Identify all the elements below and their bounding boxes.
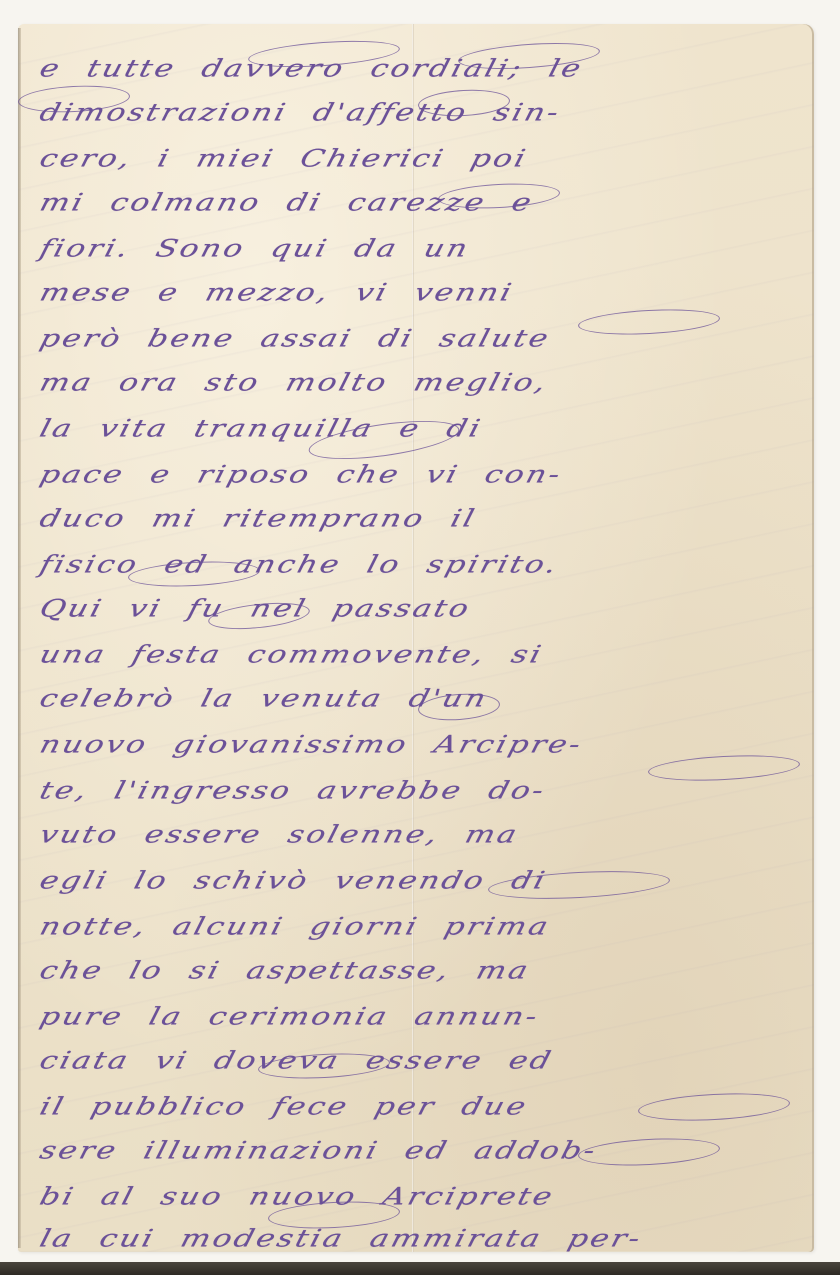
line-text: però bene assai di salute [36, 322, 554, 356]
line-text: fisico ed anche lo spirito. [36, 548, 562, 582]
line-text: sere illuminazioni ed addob- [36, 1134, 601, 1168]
line-text: la cui modestia ammirata per- [36, 1222, 646, 1256]
line-text: notte, alcuni giorni prima [36, 910, 554, 944]
line-text: pure la cerimonia annun- [36, 1000, 543, 1034]
handwritten-line: ma ora sto molto meglio, [36, 356, 806, 400]
line-text: duco mi ritemprano il [36, 502, 480, 536]
line-text: vuto essere solenne, ma [36, 818, 523, 852]
line-text: cero, i miei Chierici poi [36, 142, 531, 176]
line-text: mese e mezzo, vi venni [36, 276, 517, 310]
handwritten-line: ciata vi doveva essere ed [36, 1034, 806, 1078]
handwritten-line: te, l'ingresso avrebbe do- [36, 764, 806, 808]
scanner-bottom-edge [0, 1262, 840, 1275]
handwritten-line: notte, alcuni giorni prima [36, 900, 806, 944]
handwritten-line: egli lo schivò venendo di [36, 854, 806, 898]
handwritten-line: pace e riposo che vi con- [36, 448, 806, 492]
line-text: ciata vi doveva essere ed [36, 1044, 557, 1078]
handwritten-line: vuto essere solenne, ma [36, 808, 806, 852]
handwritten-line: mi colmano di carezze e [36, 176, 806, 220]
handwritten-line: la cui modestia ammirata per- [36, 1212, 806, 1256]
line-text: il pubblico fece per due [36, 1090, 532, 1124]
handwritten-line: e tutte davvero cordiali; le [36, 42, 806, 86]
handwritten-line: fiori. Sono qui da un [36, 222, 806, 266]
handwritten-text-body: e tutte davvero cordiali; le dimostrazio… [18, 24, 814, 1252]
line-text: pace e riposo che vi con- [36, 458, 566, 492]
line-text: nuovo giovanissimo Arcipre- [36, 728, 587, 762]
line-text: la vita tranquilla e di [36, 412, 486, 446]
handwritten-line: fisico ed anche lo spirito. [36, 538, 806, 582]
line-text: egli lo schivò venendo di [36, 864, 551, 898]
handwritten-line: sere illuminazioni ed addob- [36, 1124, 806, 1168]
line-text: fiori. Sono qui da un [36, 232, 474, 266]
handwritten-line: pure la cerimonia annun- [36, 990, 806, 1034]
handwritten-line: celebrò la venuta d'un [36, 672, 806, 716]
letter-page: e tutte davvero cordiali; le dimostrazio… [18, 24, 814, 1252]
line-text: mi colmano di carezze e [36, 186, 537, 220]
handwritten-line: cero, i miei Chierici poi [36, 132, 806, 176]
scan-background: e tutte davvero cordiali; le dimostrazio… [0, 0, 840, 1275]
handwritten-line: il pubblico fece per due [36, 1080, 806, 1124]
line-text: te, l'ingresso avrebbe do- [36, 774, 550, 808]
line-text: che lo si aspettasse, ma [36, 954, 534, 988]
handwritten-line: però bene assai di salute [36, 312, 806, 356]
line-text: e tutte davvero cordiali; le [36, 52, 587, 86]
handwritten-line: la vita tranquilla e di [36, 402, 806, 446]
handwritten-line: bi al suo nuovo Arciprete [36, 1170, 806, 1214]
line-text: ma ora sto molto meglio, [36, 366, 552, 400]
handwritten-line: una festa commovente, si [36, 628, 806, 672]
handwritten-line: che lo si aspettasse, ma [36, 944, 806, 988]
handwritten-line: duco mi ritemprano il [36, 492, 806, 536]
handwritten-line: Qui vi fu nel passato [36, 582, 806, 626]
line-text: una festa commovente, si [36, 638, 547, 672]
handwritten-line: nuovo giovanissimo Arcipre- [36, 718, 806, 762]
handwritten-line: dimostrazioni d'affetto sin- [36, 86, 806, 130]
line-text: bi al suo nuovo Arciprete [36, 1180, 558, 1214]
line-text: dimostrazioni d'affetto sin- [36, 96, 565, 130]
handwritten-line: mese e mezzo, vi venni [36, 266, 806, 310]
line-text: celebrò la venuta d'un [36, 682, 492, 716]
line-text: Qui vi fu nel passato [36, 592, 475, 626]
